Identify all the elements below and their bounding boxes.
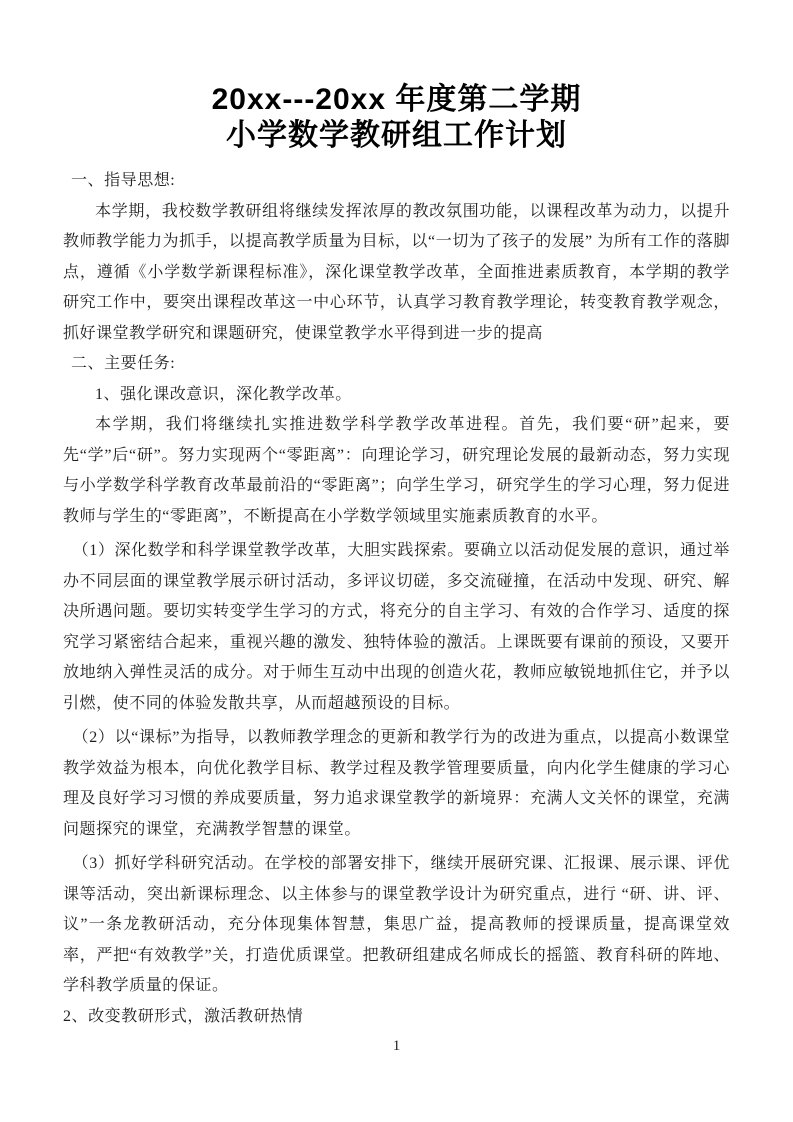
title-line-1: 20xx---20xx 年度第二学期 — [63, 82, 730, 118]
task-1-intro-paragraph: 本学期，我们将继续扎实推进数学科学教学改革进程。首先，我们要“研”起来，要先“学… — [63, 410, 730, 532]
section-heading-guiding-ideology: 一、指导思想: — [63, 166, 730, 197]
task-1-subitem-1-paragraph: （1）深化数学和科学课堂教学改革，大胆实践探索。要确立以活动促发展的意识，通过举… — [63, 536, 730, 719]
section-heading-main-tasks: 二、主要任务: — [63, 349, 730, 380]
document-content: 20xx---20xx 年度第二学期 小学数学教研组工作计划 一、指导思想: 本… — [0, 0, 793, 1032]
task-1-label: 1、强化课改意识，深化教学改革。 — [63, 380, 730, 411]
task-1-subitem-3-paragraph: （3）抓好学科研究活动。在学校的部署安排下，继续开展研究课、汇报课、展示课、评优… — [63, 849, 730, 1002]
document-title: 20xx---20xx 年度第二学期 小学数学教研组工作计划 — [63, 82, 730, 154]
guiding-ideology-paragraph: 本学期，我校数学教研组将继续发挥浓厚的教改氛围功能，以课程改革为动力，以提升教师… — [63, 197, 730, 350]
page-number: 1 — [0, 1038, 793, 1055]
document-page: 20xx---20xx 年度第二学期 小学数学教研组工作计划 一、指导思想: 本… — [0, 0, 793, 1122]
title-line-2: 小学数学教研组工作计划 — [63, 118, 730, 154]
task-1-subitem-2-paragraph: （2）以“课标”为指导，以教师教学理念的更新和教学行为的改进为重点，以提高小数课… — [63, 723, 730, 845]
task-2-label: 2、改变教研形式，激活教研热情 — [63, 1002, 730, 1033]
